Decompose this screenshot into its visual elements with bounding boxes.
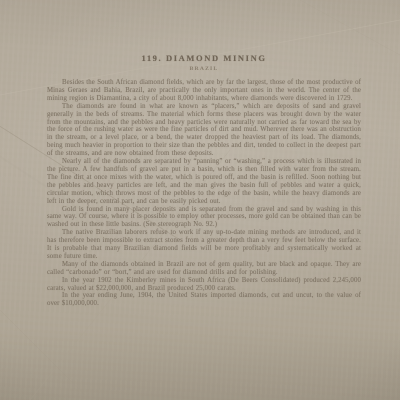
- paragraph: Many of the diamonds obtained in Brazil …: [47, 261, 361, 277]
- paragraph: Besides the South African diamond fields…: [47, 79, 361, 103]
- page-subtitle: BRAZIL: [47, 66, 361, 72]
- paragraph: The diamonds are found in what are known…: [47, 103, 361, 158]
- page-content: 119. DIAMOND MINING BRAZIL Besides the S…: [47, 53, 361, 308]
- paragraph: In the year ending June, 1904, the Unite…: [47, 292, 361, 308]
- paragraph: The native Brazilian laborers refuse to …: [47, 229, 361, 261]
- page-title: 119. DIAMOND MINING: [47, 53, 361, 63]
- document-body: Besides the South African diamond fields…: [47, 79, 361, 308]
- paragraph: Nearly all of the diamonds are separated…: [47, 158, 361, 205]
- paragraph: Gold is found in many placer deposits an…: [47, 206, 361, 230]
- paragraph: In the year 1902 the Kimberley mines in …: [47, 277, 361, 293]
- scanned-page: 119. DIAMOND MINING BRAZIL Besides the S…: [0, 0, 400, 400]
